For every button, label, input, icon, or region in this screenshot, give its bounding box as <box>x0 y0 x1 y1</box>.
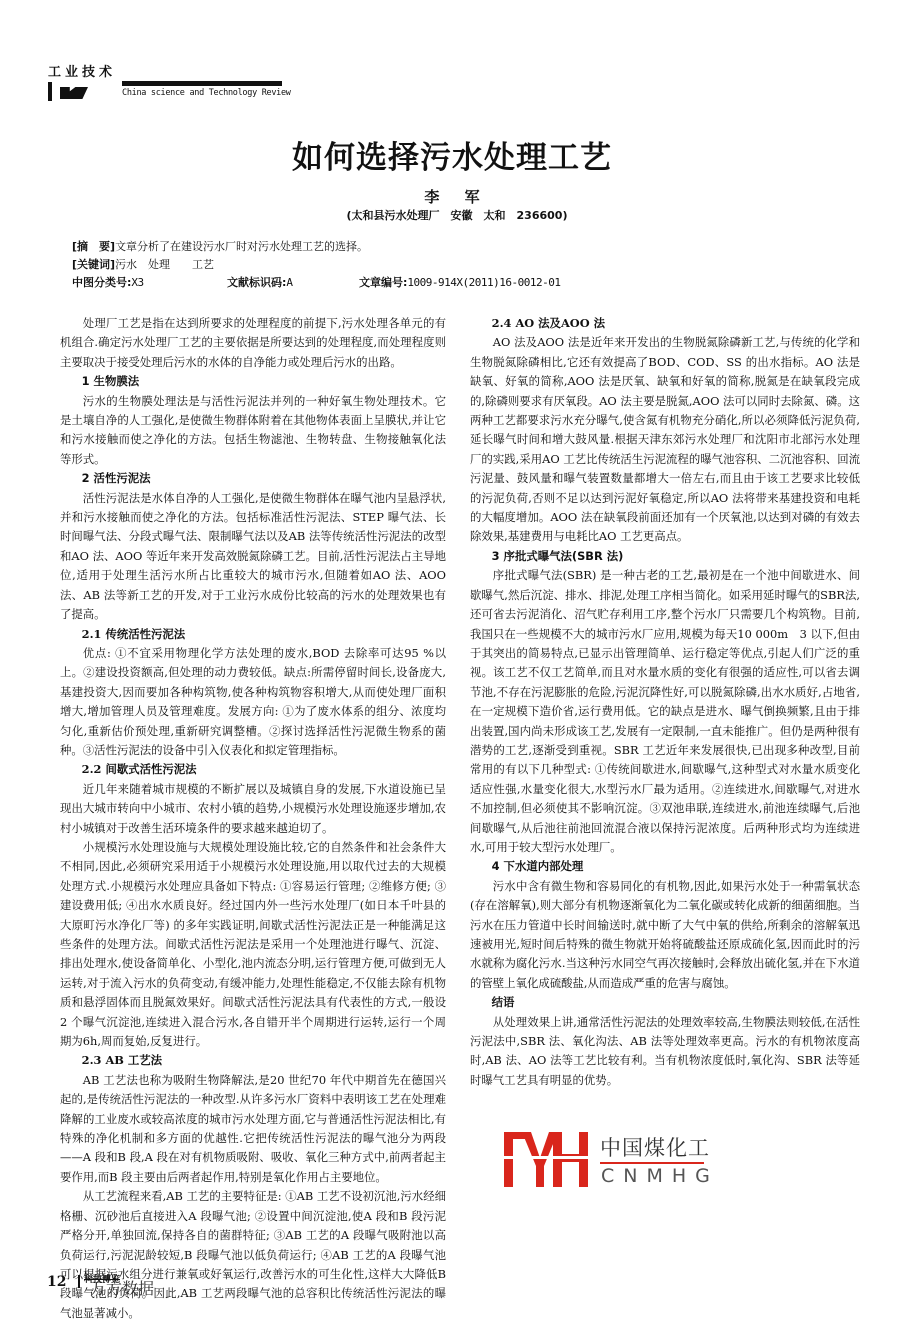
abstract-label: [摘 要] <box>72 240 115 253</box>
subsection-heading-intermittent: 2.2 间歇式活性污泥法 <box>60 760 446 779</box>
journal-english-name: China science and Technology Review <box>122 88 291 98</box>
paragraph: 从处理效果上讲,通常活性污泥法的处理效率较高,生物膜法则较低,在活性污泥法中,S… <box>470 1013 860 1091</box>
section-heading-conclusion: 结语 <box>470 993 860 1012</box>
paragraph: 小规模污水处理设施与大规模处理设施比较,它的自然条件和社会条件大不相同,因此,必… <box>60 838 446 1051</box>
abstract-text: 文章分析了在建设污水厂时对污水处理工艺的选择。 <box>115 240 368 253</box>
subsection-heading-ao: 2.4 AO 法及AOO 法 <box>470 314 860 333</box>
clc-label: 中图分类号: <box>72 276 131 289</box>
article-title: 如何选择污水处理工艺 <box>0 132 904 177</box>
cnmhg-cn-text: 中国煤化工 <box>600 1132 710 1162</box>
doc-code-value: A <box>286 276 292 289</box>
paragraph: 污水中含有微生物和容易同化的有机物,因此,如果污水处于一种需氧状态(存在溶解氧)… <box>470 877 860 993</box>
right-column: 2.4 AO 法及AOO 法 AO 法及AOO 法是近年来开发出的生物脱氮除磷新… <box>470 314 860 1090</box>
section-heading-biofilm: 1 生物膜法 <box>60 372 446 391</box>
cnmhg-divider <box>600 1162 704 1164</box>
article-no-value: 1009-914X(2011)16-0012-01 <box>407 276 560 289</box>
paragraph: 从工艺流程来看,AB 工艺的主要特征是: ①AB 工艺不设初沉池,污水经细格栅、… <box>60 1187 446 1320</box>
mh-logo-icon <box>504 1132 588 1187</box>
section-heading-sbr: 3 序批式曝气法(SBR 法) <box>470 547 860 566</box>
paragraph: 污水的生物膜处理法是与活性污泥法并列的一种好氧生物处理技术。它是土壤自净的人工强… <box>60 392 446 470</box>
paragraph: 序批式曝气法(SBR) 是一种古老的工艺,最初是在一个池中间歇进水、间歇曝气,然… <box>470 566 860 857</box>
subsection-heading-traditional: 2.1 传统活性污泥法 <box>60 625 446 644</box>
article-no-label: 文章编号: <box>359 276 407 289</box>
doc-code-label: 文献标识码: <box>227 276 286 289</box>
author-affiliation: (太和县污水处理厂 安徽 太和 236600) <box>0 207 904 223</box>
footer-rule <box>78 1275 80 1288</box>
paragraph: AO 法及AOO 法是近年来开发出的生物脱氮除磷新工艺,与传统的化学和生物脱氮除… <box>470 333 860 546</box>
paragraph: AB 工艺法也称为吸附生物降解法,是20 世纪70 年代中期首先在德国兴起的,是… <box>60 1071 446 1187</box>
paragraph: 优点: ①不宜采用物理化学方法处理的废水,BOD 去除率可达95 %以上。②建设… <box>60 644 446 760</box>
keywords-label: [关键词] <box>72 258 115 271</box>
section-heading-activated-sludge: 2 活性污泥法 <box>60 469 446 488</box>
page-number: 12 <box>47 1274 66 1290</box>
section-heading-sewer: 4 下水道内部处理 <box>470 857 860 876</box>
paragraph: 活性污泥法是水体自净的人工强化,是使微生物群体在曝气池内呈悬浮状,并和污水接触而… <box>60 489 446 625</box>
paragraph: 近几年来随着城市规模的不断扩展以及城镇自身的发展,下水道设施已呈现出大城市转向中… <box>60 780 446 838</box>
left-column: 处理厂工艺是指在达到所要求的处理程度的前提下,污水处理各单元的有机组合.确定污水… <box>60 314 446 1320</box>
journal-section-tag: 工业技术 <box>48 61 116 80</box>
journal-logo-icon <box>48 82 92 102</box>
keywords-text: 污水 处理 工艺 <box>115 258 214 271</box>
keywords: [关键词]污水 处理 工艺 <box>72 256 214 272</box>
cnmhg-logo: 中国煤化工 CNMHG <box>504 1128 744 1188</box>
cnmhg-en-text: CNMHG <box>601 1165 719 1187</box>
wanfang-watermark: 万方数据 <box>90 1276 154 1299</box>
header-rule <box>122 81 282 86</box>
article-author: 李 军 <box>0 186 904 207</box>
subsection-heading-ab: 2.3 AB 工艺法 <box>60 1051 446 1070</box>
clc-value: X3 <box>131 276 143 289</box>
abstract: [摘 要]文章分析了在建设污水厂时对污水处理工艺的选择。 <box>72 238 368 254</box>
intro-paragraph: 处理厂工艺是指在达到所要求的处理程度的前提下,污水处理各单元的有机组合.确定污水… <box>60 314 446 372</box>
